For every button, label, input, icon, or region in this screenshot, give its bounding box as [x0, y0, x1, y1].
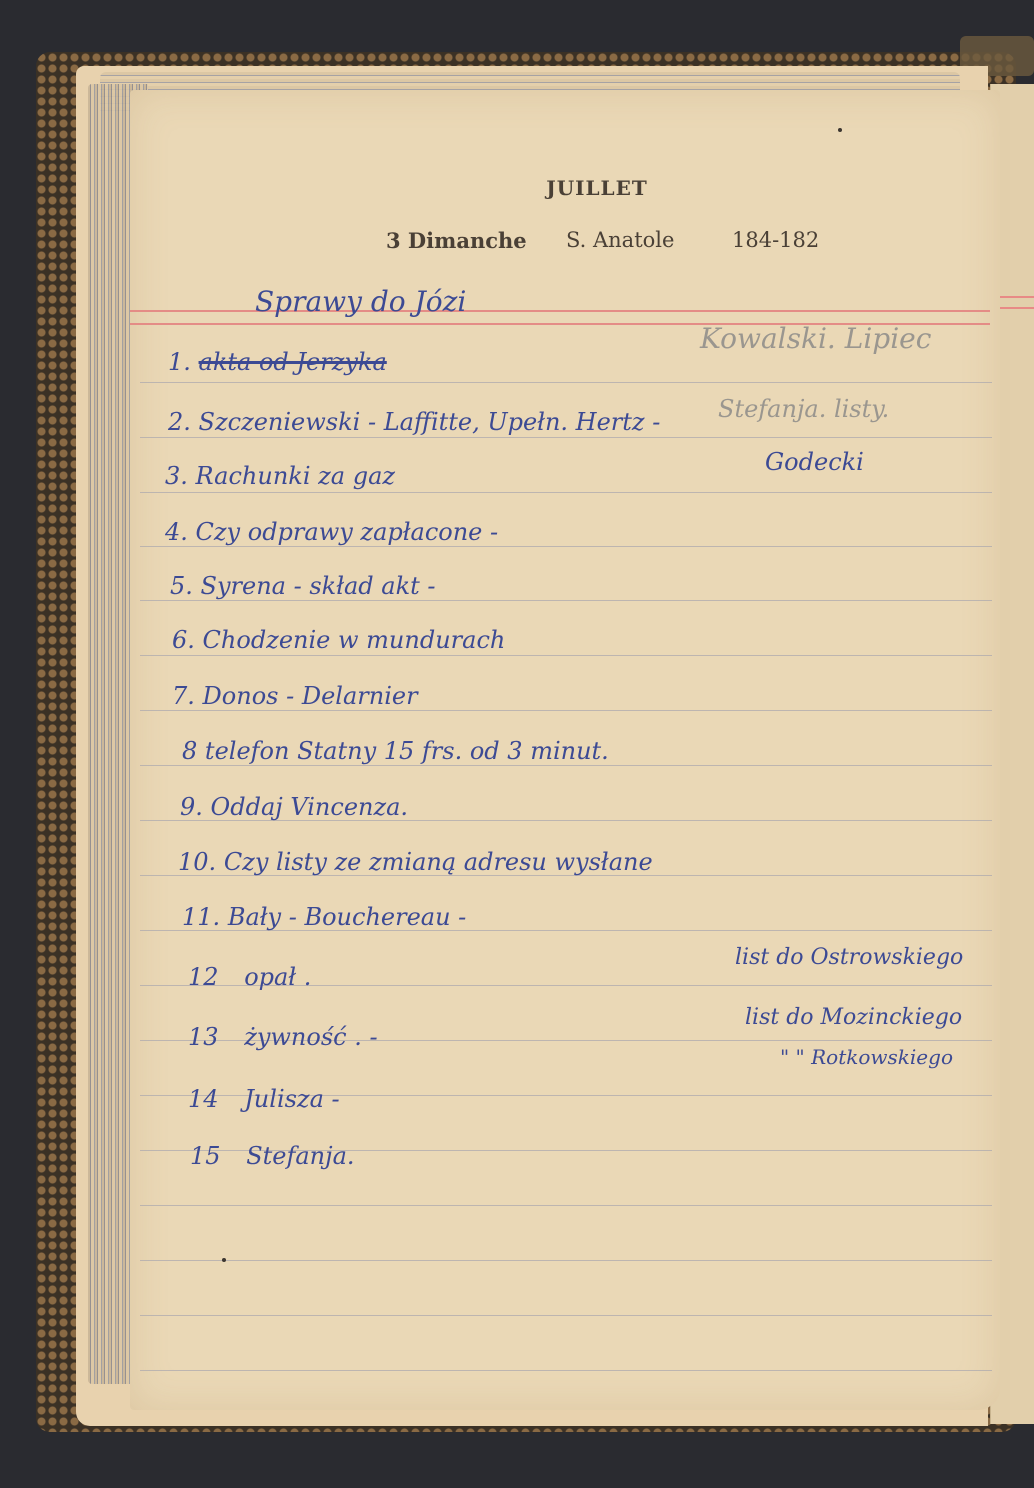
item-number: 3. — [165, 462, 188, 490]
list-item: 14 Julisza - — [188, 1085, 340, 1113]
list-item: 13 żywność . - — [188, 1023, 378, 1051]
item-text: akta od Jerzyka — [199, 348, 387, 376]
pencil-note: Stefanja. listy. — [718, 395, 889, 423]
ruled-line — [140, 765, 992, 766]
item-number: 11. — [182, 903, 220, 931]
list-item: 10. Czy listy ze zmianą adresu wysłane — [178, 848, 653, 876]
item-text: Syrena - skład akt - — [201, 572, 436, 600]
ruled-line — [140, 655, 992, 656]
ink-speck — [222, 1258, 226, 1262]
day-numbers: 184-182 — [732, 228, 819, 252]
item-text: Czy listy ze zmianą adresu wysłane — [224, 848, 653, 876]
item-number: 2. — [168, 408, 191, 436]
side-note: " " Rotkowskiego — [780, 1045, 953, 1069]
side-note: list do Mozinckiego — [745, 1005, 962, 1030]
list-item: 6. Chodzenie w mundurach — [172, 626, 505, 654]
item-text: żywność . - — [244, 1023, 377, 1051]
item-number: 4. — [165, 518, 188, 546]
ruled-line — [140, 546, 992, 547]
pencil-note: Kowalski. Lipiec — [700, 322, 931, 355]
list-item: 8 telefon Statny 15 frs. od 3 minut. — [182, 737, 609, 765]
item-number: 7. — [172, 682, 195, 710]
ruled-line — [140, 1315, 992, 1316]
list-item: 2. Szczeniewski - Laffitte, Upełn. Hertz… — [168, 408, 660, 436]
ruled-line — [140, 1260, 992, 1261]
ruled-line — [140, 382, 992, 383]
item-text: Oddaj Vincenza. — [211, 793, 409, 821]
list-item: 7. Donos - Delarnier — [172, 682, 418, 710]
ruled-line — [140, 492, 992, 493]
item-text: Julisza - — [244, 1085, 339, 1113]
item-text: telefon Statny 15 frs. od 3 minut. — [205, 737, 609, 765]
ruled-line — [140, 1205, 992, 1206]
side-note: list do Ostrowskiego — [735, 945, 963, 970]
month-heading: JUILLET — [0, 176, 1034, 200]
saint-name: S. Anatole — [566, 228, 674, 252]
item-number: 13 — [188, 1023, 219, 1051]
item-text: Donos - Delarnier — [203, 682, 418, 710]
item-number: 9. — [180, 793, 203, 821]
ruled-line — [140, 710, 992, 711]
list-item: 15 Stefanja. — [190, 1142, 355, 1170]
ruled-line — [140, 1370, 992, 1371]
list-item: 3. Rachunki za gaz — [165, 462, 395, 490]
list-item: 5. Syrena - skład akt - — [170, 572, 436, 600]
list-item: 12 opał . — [188, 963, 311, 991]
ink-speck — [838, 128, 842, 132]
item-number: 8 — [182, 737, 197, 765]
item-text: opał . — [244, 963, 311, 991]
item-text: Czy odprawy zapłacone - — [196, 518, 499, 546]
item-number: 10. — [178, 848, 216, 876]
item-text: Szczeniewski - Laffitte, Upełn. Hertz - — [199, 408, 661, 436]
item-number: 14 — [188, 1085, 219, 1113]
handwritten-heading: Sprawy do Józi — [255, 285, 466, 318]
list-item: 9. Oddaj Vincenza. — [180, 793, 408, 821]
list-item: 11. Bały - Bouchereau - — [182, 903, 466, 931]
item-text: Chodzenie w mundurach — [203, 626, 506, 654]
list-item: 4. Czy odprawy zapłacone - — [165, 518, 498, 546]
item-number: 1. — [168, 348, 191, 376]
side-note: Godecki — [765, 448, 864, 476]
item-number: 5. — [170, 572, 193, 600]
ruled-line — [140, 437, 992, 438]
item-number: 12 — [188, 963, 219, 991]
list-item: 1. akta od Jerzyka — [168, 348, 387, 376]
ruled-line — [140, 600, 992, 601]
item-text: Rachunki za gaz — [196, 462, 396, 490]
item-text: Stefanja. — [246, 1142, 354, 1170]
item-number: 15 — [190, 1142, 221, 1170]
day-label: 3 Dimanche — [386, 228, 527, 253]
item-text: Bały - Bouchereau - — [228, 903, 466, 931]
item-number: 6. — [172, 626, 195, 654]
